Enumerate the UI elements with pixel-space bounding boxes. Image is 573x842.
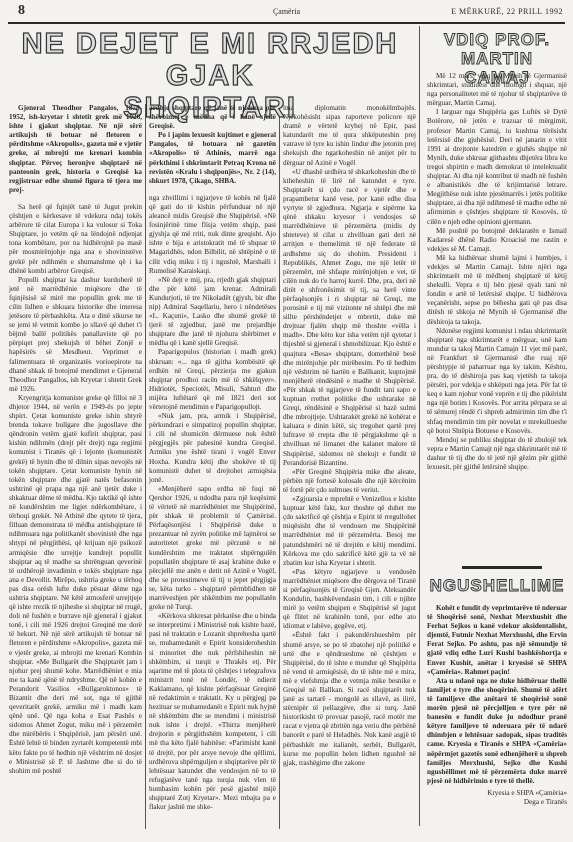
obituary-paragraph: Më poshtë po botojmë deklaratën e Ismail… <box>427 227 567 254</box>
obituary-paragraph: Më 12 mars, vdiq në Mynih të Gjermanisë … <box>427 72 567 108</box>
article-paragraph: «Nuk jam, pra, armik i Shqipërisë, përku… <box>149 412 276 485</box>
obituary-paragraph: Më ka hidhëruar shumë lajmi i humbjes, i… <box>427 254 567 327</box>
page-header: 8 Çamëria E MËRKURË, 22 PRILL 1992 <box>8 2 565 22</box>
article-paragraph: «Pas këtyre ngjarjeve u vendosën marrëdh… <box>283 568 416 632</box>
condolences-body: Kohët e fundit dy veprimtarëve të nderua… <box>427 604 567 807</box>
obituary-paragraph: Mendoj se publiku shqiptar do të zbulojë… <box>427 436 567 472</box>
article-paragraph: «Është fakt i pakundërshueshëm për shumë… <box>283 631 416 767</box>
column-divider <box>279 104 280 829</box>
article-paragraph: «Në dejt e mij, pra, rrjedh gjak shqipta… <box>149 276 276 349</box>
article-paragraph: ardhje shqiptare që janë të njohura për … <box>149 104 276 131</box>
article-paragraph: «Zgjuarsia e mprehtë e Venizellos e kish… <box>283 495 416 568</box>
condolences-signature-2: Dega e Tiranës <box>427 798 567 807</box>
article-paragraph: «Menjëherë sapo erdha në fuqi në Qershor… <box>149 485 276 612</box>
article-lead: Gjeneral Theodhor Pangalos, 1878-1952, i… <box>9 104 142 195</box>
condolences-signature-1: Kryesia e SHPA «Çamëria» <box>427 789 567 798</box>
obituary-body: Më 12 mars, vdiq në Mynih të Gjermanisë … <box>427 72 567 472</box>
editor-note: Po i japim lexuesit kujtimet e gjeneral … <box>149 131 276 186</box>
article-paragraph: «Për Greqinë Shqipëria mike dhe aleate, … <box>283 468 416 495</box>
obituary-title-line-1: VDIQ PROF. <box>428 30 566 49</box>
condolences-paragraph: Ata u ndanë nga ne duke hidhëruar thellë… <box>427 677 567 786</box>
article-paragraph: «U dhashë urdhëra të shkarkoheshin dhe t… <box>283 168 416 468</box>
condolences-title: NGUSHELLIME <box>428 576 566 596</box>
article-column-1: Gjeneral Theodhor Pangalos, 1878-1952, i… <box>9 104 142 776</box>
header-rule <box>8 22 565 24</box>
article-paragraph: Paparigopulos (historian i madh grek) sh… <box>149 348 276 412</box>
condolences-paragraph: Kohët e fundit dy veprimtarëve të nderua… <box>427 604 567 677</box>
issue-date: E MËRKURË, 22 PRILL 1992 <box>451 7 563 16</box>
article-paragraph: Sa herë që fqinjët tanë të Jugut prekin … <box>9 203 142 276</box>
column-divider <box>145 104 146 829</box>
article-paragraph: «Kërkova shkresat përkatëse dhe u binda … <box>149 612 276 812</box>
obituary-paragraph: I larguar nga Shqipëria gas Luftës së Dy… <box>427 108 567 226</box>
obituary-paragraph: Ndonëse regjimi komunist i ndau shkrimta… <box>427 327 567 436</box>
article-paragraph: Populli shqiptar ka dashur kurdoherë të … <box>9 276 142 394</box>
article-paragraph: nga zhvillimi i ngjarjeve të kohës në fj… <box>149 194 276 276</box>
section-divider <box>462 566 542 569</box>
article-column-3: lma diplomatin monokëlmbajtës. Njëkohësi… <box>283 104 416 768</box>
article-paragraph: Kryengritja komuniste greke që filloi në… <box>9 394 142 776</box>
article-paragraph: lma diplomatin monokëlmbajtës. Njëkohësi… <box>283 104 416 168</box>
article-column-2: ardhje shqiptare që janë të njohura për … <box>149 104 276 812</box>
headline-line-1: NE DEJET E MI RRJEDH GJAK <box>10 28 410 92</box>
column-divider <box>419 26 420 826</box>
newspaper-page: 8 Çamëria E MËRKURË, 22 PRILL 1992 NE DE… <box>0 0 573 842</box>
